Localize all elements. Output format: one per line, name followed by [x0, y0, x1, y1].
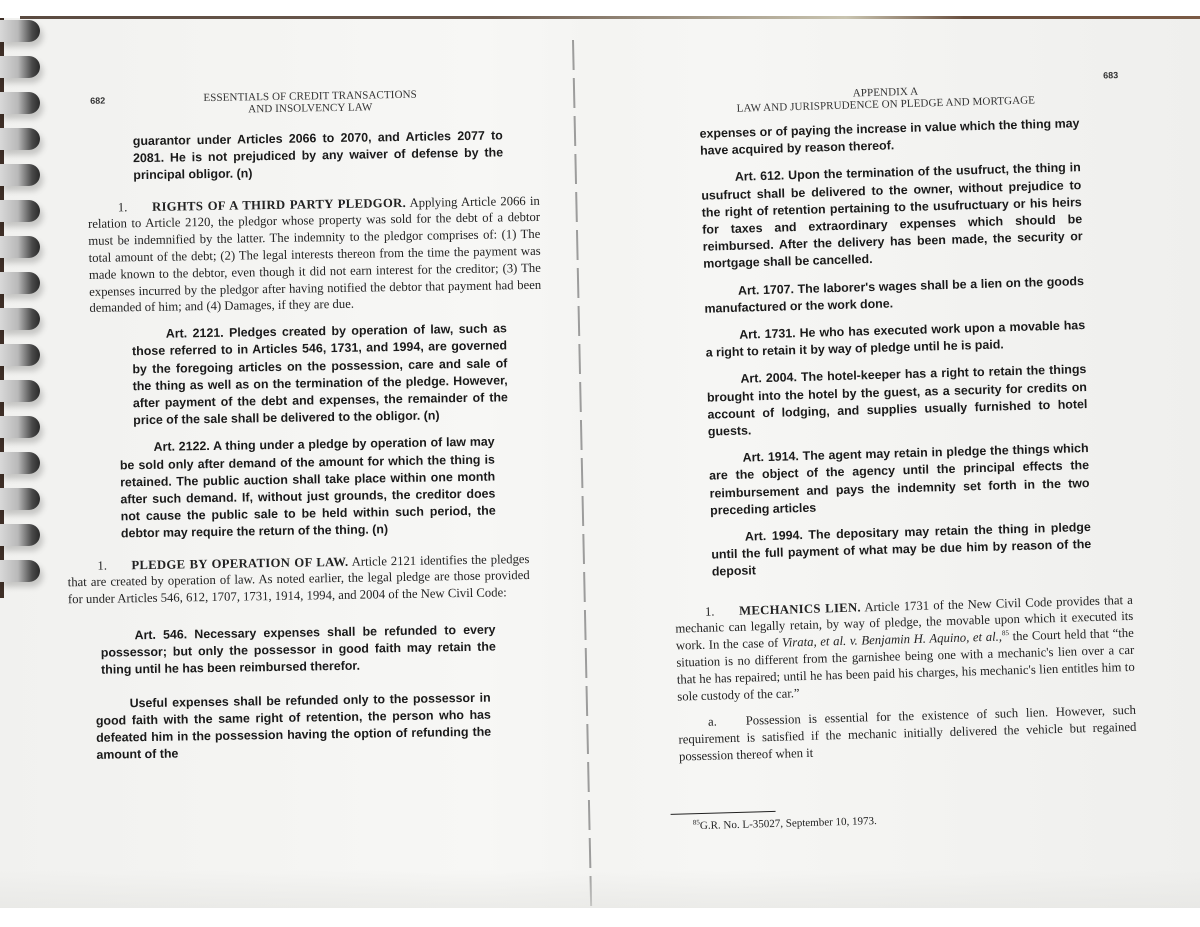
binding-ring-icon: [0, 20, 40, 42]
article-2122: Art. 2122. A thing under a pledge by ope…: [119, 434, 496, 543]
article-546-useful-expenses: Useful expenses shall be refunded only t…: [96, 689, 492, 764]
article-text: Art. 1994. The depositary may retain the…: [711, 520, 1091, 579]
article-text: Art. 1914. The agent may retain in pledg…: [709, 441, 1090, 517]
binding-ring-icon: [0, 128, 40, 150]
binding-ring-icon: [0, 56, 40, 78]
section-rights-of-third-party-pledgor: 1. RIGHTS OF A THIRD PARTY PLEDGOR. Appl…: [88, 192, 542, 317]
subsection-label: a.: [678, 713, 738, 731]
section-pledge-by-operation-of-law: 1. PLEDGE BY OPERATION OF LAW. Article 2…: [67, 551, 530, 609]
article-text: Art. 2121. Pledges created by operation …: [132, 322, 508, 428]
article-1731: Art. 1731. He who has executed work upon…: [705, 317, 1086, 362]
binding-ring-icon: [0, 272, 40, 294]
article-1994: Art. 1994. The depositary may retain the…: [711, 519, 1092, 581]
article-1707: Art. 1707. The laborer's wages shall be …: [704, 273, 1085, 318]
article-text: Art. 2004. The hotel-keeper has a right …: [707, 362, 1088, 438]
section-number: 1.: [675, 603, 735, 621]
article-612: Art. 612. Upon the termination of the us…: [701, 160, 1084, 274]
section-heading: RIGHTS OF A THIRD PARTY PLEDGOR.: [152, 196, 406, 214]
binding-ring-icon: [0, 200, 40, 222]
binding-ring-icon: [0, 164, 40, 186]
page-number: 682: [90, 96, 105, 106]
section-heading: MECHANICS LIEN.: [739, 600, 861, 617]
article-546: Art. 546. Necessary expenses shall be re…: [100, 622, 496, 680]
article-1914: Art. 1914. The agent may retain in pledg…: [708, 440, 1090, 519]
footnote-divider: [671, 811, 776, 815]
left-page: 682 ESSENTIALS OF CREDIT TRANSACTIONS AN…: [80, 83, 551, 775]
page-top-edge: [20, 16, 1200, 19]
binding-ring-icon: [0, 380, 40, 402]
article-2004: Art. 2004. The hotel-keeper has a right …: [706, 361, 1088, 440]
article-text: Art. 612. Upon the termination of the us…: [701, 161, 1083, 272]
article-text: Art. 2122. A thing under a pledge by ope…: [120, 435, 496, 541]
subsection-text: Possession is essential for the existenc…: [678, 703, 1136, 763]
binding-ring-icon: [0, 524, 40, 546]
section-heading: PLEDGE BY OPERATION OF LAW.: [131, 554, 348, 571]
page-bottom-shadow: [0, 870, 1200, 908]
spiral-binding: [0, 20, 50, 600]
footnote-reference: 85: [1002, 629, 1009, 637]
binding-ring-icon: [0, 488, 40, 510]
binding-ring-icon: [0, 560, 40, 582]
article-text: Art. 1707. The laborer's wages shall be …: [704, 274, 1084, 316]
left-running-head: 682 ESSENTIALS OF CREDIT TRANSACTIONS AN…: [80, 83, 541, 134]
binding-ring-icon: [0, 236, 40, 258]
article-text: Art. 546. Necessary expenses shall be re…: [101, 623, 496, 678]
binding-ring-icon: [0, 452, 40, 474]
right-page: 683 APPENDIX A LAW AND JURISPRUDENCE ON …: [650, 70, 1141, 833]
section-number: 1.: [67, 557, 127, 575]
binding-ring-icon: [0, 92, 40, 114]
binding-ring-icon: [0, 344, 40, 366]
binding-ring-icon: [0, 416, 40, 438]
section-mechanics-lien: 1. MECHANICS LIEN. Article 1731 of the N…: [675, 592, 1136, 706]
continued-statute: guarantor under Articles 2066 to 2070, a…: [133, 127, 504, 184]
page-number: 683: [1103, 70, 1118, 80]
article-2121: Art. 2121. Pledges created by operation …: [132, 321, 509, 430]
book-title: ESSENTIALS OF CREDIT TRANSACTIONS AND IN…: [170, 84, 450, 116]
binding-ring-icon: [0, 308, 40, 330]
subsection-a-possession: a. Possession is essential for the exist…: [678, 702, 1137, 765]
section-number: 1.: [88, 199, 148, 217]
article-text: Useful expenses shall be refunded only t…: [96, 690, 491, 762]
article-text: Art. 1731. He who has executed work upon…: [706, 318, 1086, 360]
